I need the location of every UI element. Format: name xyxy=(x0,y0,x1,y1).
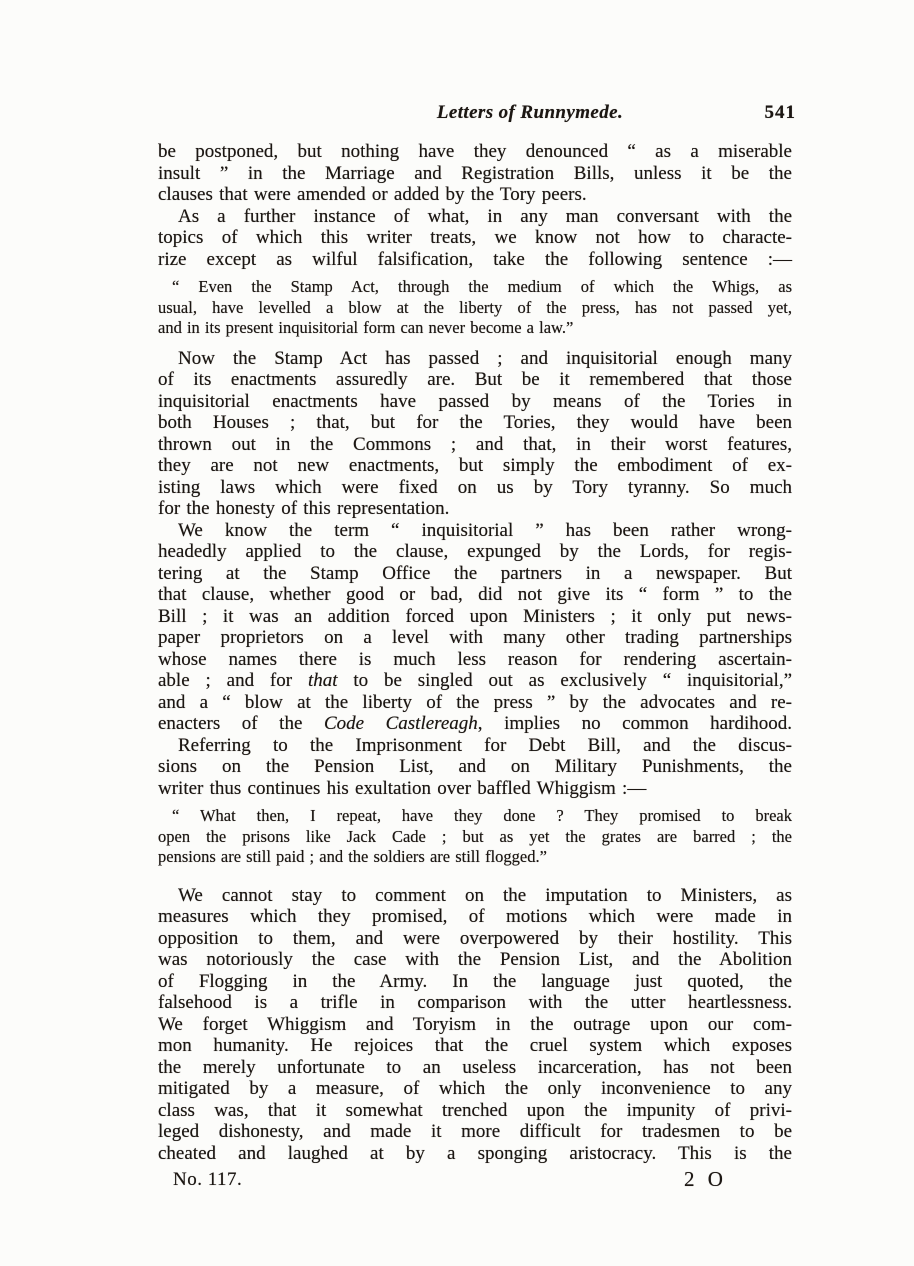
text-line: “ What then, I repeat, have they done ? … xyxy=(158,806,792,827)
text-line: and a “ blow at the liberty of the press… xyxy=(158,692,792,714)
text-line: enacters of the Code Castlereagh, implie… xyxy=(158,713,792,735)
text-line: thrown out in the Commons ; and that, in… xyxy=(158,434,792,456)
text-segment: to be singled out as exclusively “ inqui… xyxy=(338,670,793,691)
issue-number: No. 117. xyxy=(173,1169,242,1191)
text-line: cheated and laughed at by a sponging ari… xyxy=(158,1143,792,1165)
text-line: that clause, whether good or bad, did no… xyxy=(158,584,792,606)
text-line: We know the term “ inquisitorial ” has b… xyxy=(158,520,792,542)
text-line: opposition to them, and were overpowered… xyxy=(158,928,792,950)
italic-text-segment: Code Castlereagh xyxy=(324,713,478,734)
text-line: We forget Whiggism and Toryism in the ou… xyxy=(158,1014,792,1036)
text-line: topics of which this writer treats, we k… xyxy=(158,227,792,249)
printer-signature-mark: 2 O xyxy=(684,1167,727,1192)
text-line: able ; and for that to be singled out as… xyxy=(158,670,792,692)
text-segment: enacters of the xyxy=(158,713,324,734)
text-line: tering at the Stamp Office the partners … xyxy=(158,563,792,585)
page-body: be postponed, but nothing have they deno… xyxy=(158,141,792,1164)
text-line: of Flogging in the Army. In the language… xyxy=(158,971,792,993)
page-footer: No. 117. 2 O xyxy=(158,1167,792,1195)
text-line: the merely unfortunate to an useless inc… xyxy=(158,1057,792,1079)
text-segment: able ; and for xyxy=(158,670,308,691)
text-line: leged dishonesty, and made it more diffi… xyxy=(158,1121,792,1143)
text-line: Now the Stamp Act has passed ; and inqui… xyxy=(158,348,792,370)
text-line: “ Even the Stamp Act, through the medium… xyxy=(158,277,792,298)
text-line: both Houses ; that, but for the Tories, … xyxy=(158,412,792,434)
text-line: clauses that were amended or added by th… xyxy=(158,184,792,206)
text-line: paper proprietors on a level with many o… xyxy=(158,627,792,649)
text-line: mitigated by a measure, of which the onl… xyxy=(158,1078,792,1100)
text-line: sions on the Pension List, and on Milita… xyxy=(158,756,792,778)
paragraph-continuation: be postponed, but nothing have they deno… xyxy=(158,141,792,206)
document-page: Letters of Runnymede. 541 be postponed, … xyxy=(0,0,914,1266)
italic-text-segment: that xyxy=(308,670,338,691)
text-line: measures which they promised, of motions… xyxy=(158,906,792,928)
text-line: was notoriously the case with the Pensio… xyxy=(158,949,792,971)
text-line: class was, that it somewhat trenched upo… xyxy=(158,1100,792,1122)
text-line: open the prisons like Jack Cade ; but as… xyxy=(158,827,792,848)
text-line: Referring to the Imprisonment for Debt B… xyxy=(158,735,792,757)
text-line: writer thus continues his exultation ove… xyxy=(158,778,792,800)
running-title: Letters of Runnymede. xyxy=(213,102,847,124)
text-line: usual, have levelled a blow at the liber… xyxy=(158,298,792,319)
paragraph: As a further instance of what, in any ma… xyxy=(158,206,792,271)
text-line: Bill ; it was an addition forced upon Mi… xyxy=(158,606,792,628)
paragraph: Now the Stamp Act has passed ; and inqui… xyxy=(158,348,792,520)
text-line: for the honesty of this representation. xyxy=(158,498,792,520)
text-line: they are not new enactments, but simply … xyxy=(158,455,792,477)
text-line: pensions are still paid ; and the soldie… xyxy=(158,847,792,868)
block-quote: “ Even the Stamp Act, through the medium… xyxy=(158,277,792,339)
page-header: Letters of Runnymede. 541 xyxy=(158,102,792,128)
text-line: and in its present inquisitorial form ca… xyxy=(158,318,792,339)
paragraph: We cannot stay to comment on the imputat… xyxy=(158,885,792,1165)
text-line: isting laws which were fixed on us by To… xyxy=(158,477,792,499)
text-line: We cannot stay to comment on the imputat… xyxy=(158,885,792,907)
text-line: falsehood is a trifle in comparison with… xyxy=(158,992,792,1014)
block-quote: “ What then, I repeat, have they done ? … xyxy=(158,806,792,868)
text-segment: , implies no common hardihood. xyxy=(478,713,792,734)
text-line: whose names there is much less reason fo… xyxy=(158,649,792,671)
page-number: 541 xyxy=(765,102,797,124)
text-line: mon humanity. He rejoices that the cruel… xyxy=(158,1035,792,1057)
text-line: be postponed, but nothing have they deno… xyxy=(158,141,792,163)
text-line: rize except as wilful falsification, tak… xyxy=(158,249,792,271)
text-line: inquisitorial enactments have passed by … xyxy=(158,391,792,413)
paragraph: Referring to the Imprisonment for Debt B… xyxy=(158,735,792,800)
text-line: headedly applied to the clause, expunged… xyxy=(158,541,792,563)
text-line: of its enactments assuredly are. But be … xyxy=(158,369,792,391)
text-line: insult ” in the Marriage and Registratio… xyxy=(158,163,792,185)
text-line: As a further instance of what, in any ma… xyxy=(158,206,792,228)
paragraph: We know the term “ inquisitorial ” has b… xyxy=(158,520,792,735)
